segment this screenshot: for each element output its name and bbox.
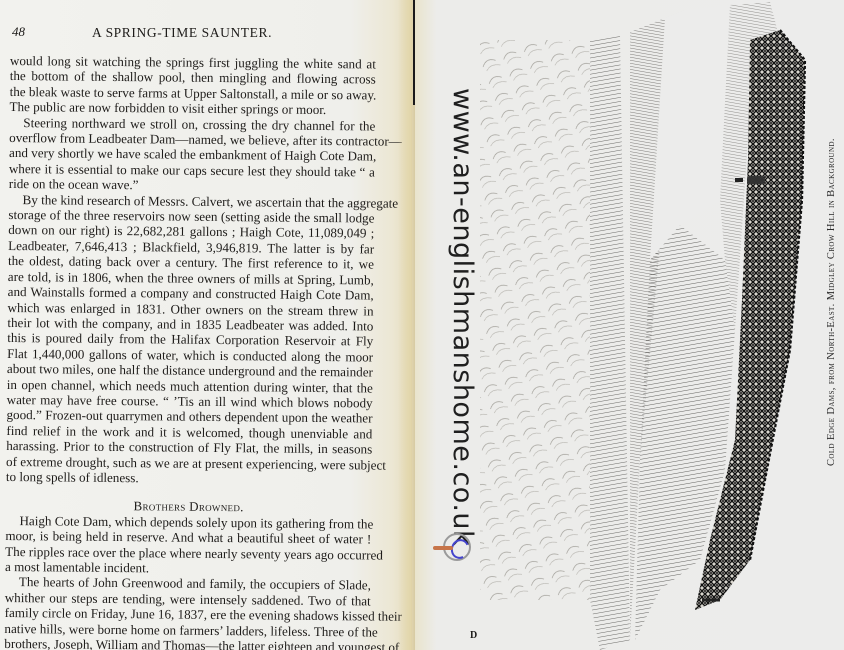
illustration-caption: Cold Edge Dams, from North-East. Midgley… [826, 125, 837, 480]
signature-mark: D [470, 630, 477, 641]
paragraph: would long sit watching the springs firs… [9, 53, 376, 118]
body-text: would long sit watching the springs firs… [4, 53, 376, 650]
paragraph: Haigh Cote Dam, which depends solely upo… [5, 513, 372, 578]
book-spread: 48 A SPRING-TIME SAUNTER. would long sit… [0, 0, 844, 650]
watermark-url: www.an-englishmanshome.co.uk [447, 88, 478, 546]
engraving-illustration [480, 0, 810, 650]
watermark-logo-icon [443, 533, 471, 561]
running-head: 48 A SPRING-TIME SAUNTER. [12, 22, 392, 42]
page-number: 48 [12, 24, 25, 40]
left-page: 48 A SPRING-TIME SAUNTER. would long sit… [0, 0, 412, 650]
paragraph: By the kind research of Messrs. Calvert,… [6, 192, 375, 488]
text-line: brothers, Joseph, William and Thomas—the… [4, 636, 370, 650]
running-head-title: A SPRING-TIME SAUNTER. [92, 25, 272, 41]
sky-clouds [480, 40, 590, 600]
paragraph: Steering northward we stroll on, crossin… [9, 115, 376, 196]
paragraph: The hearts of John Greenwood and family,… [4, 574, 371, 650]
logo-figure [433, 546, 453, 550]
distant-hill [590, 35, 630, 650]
